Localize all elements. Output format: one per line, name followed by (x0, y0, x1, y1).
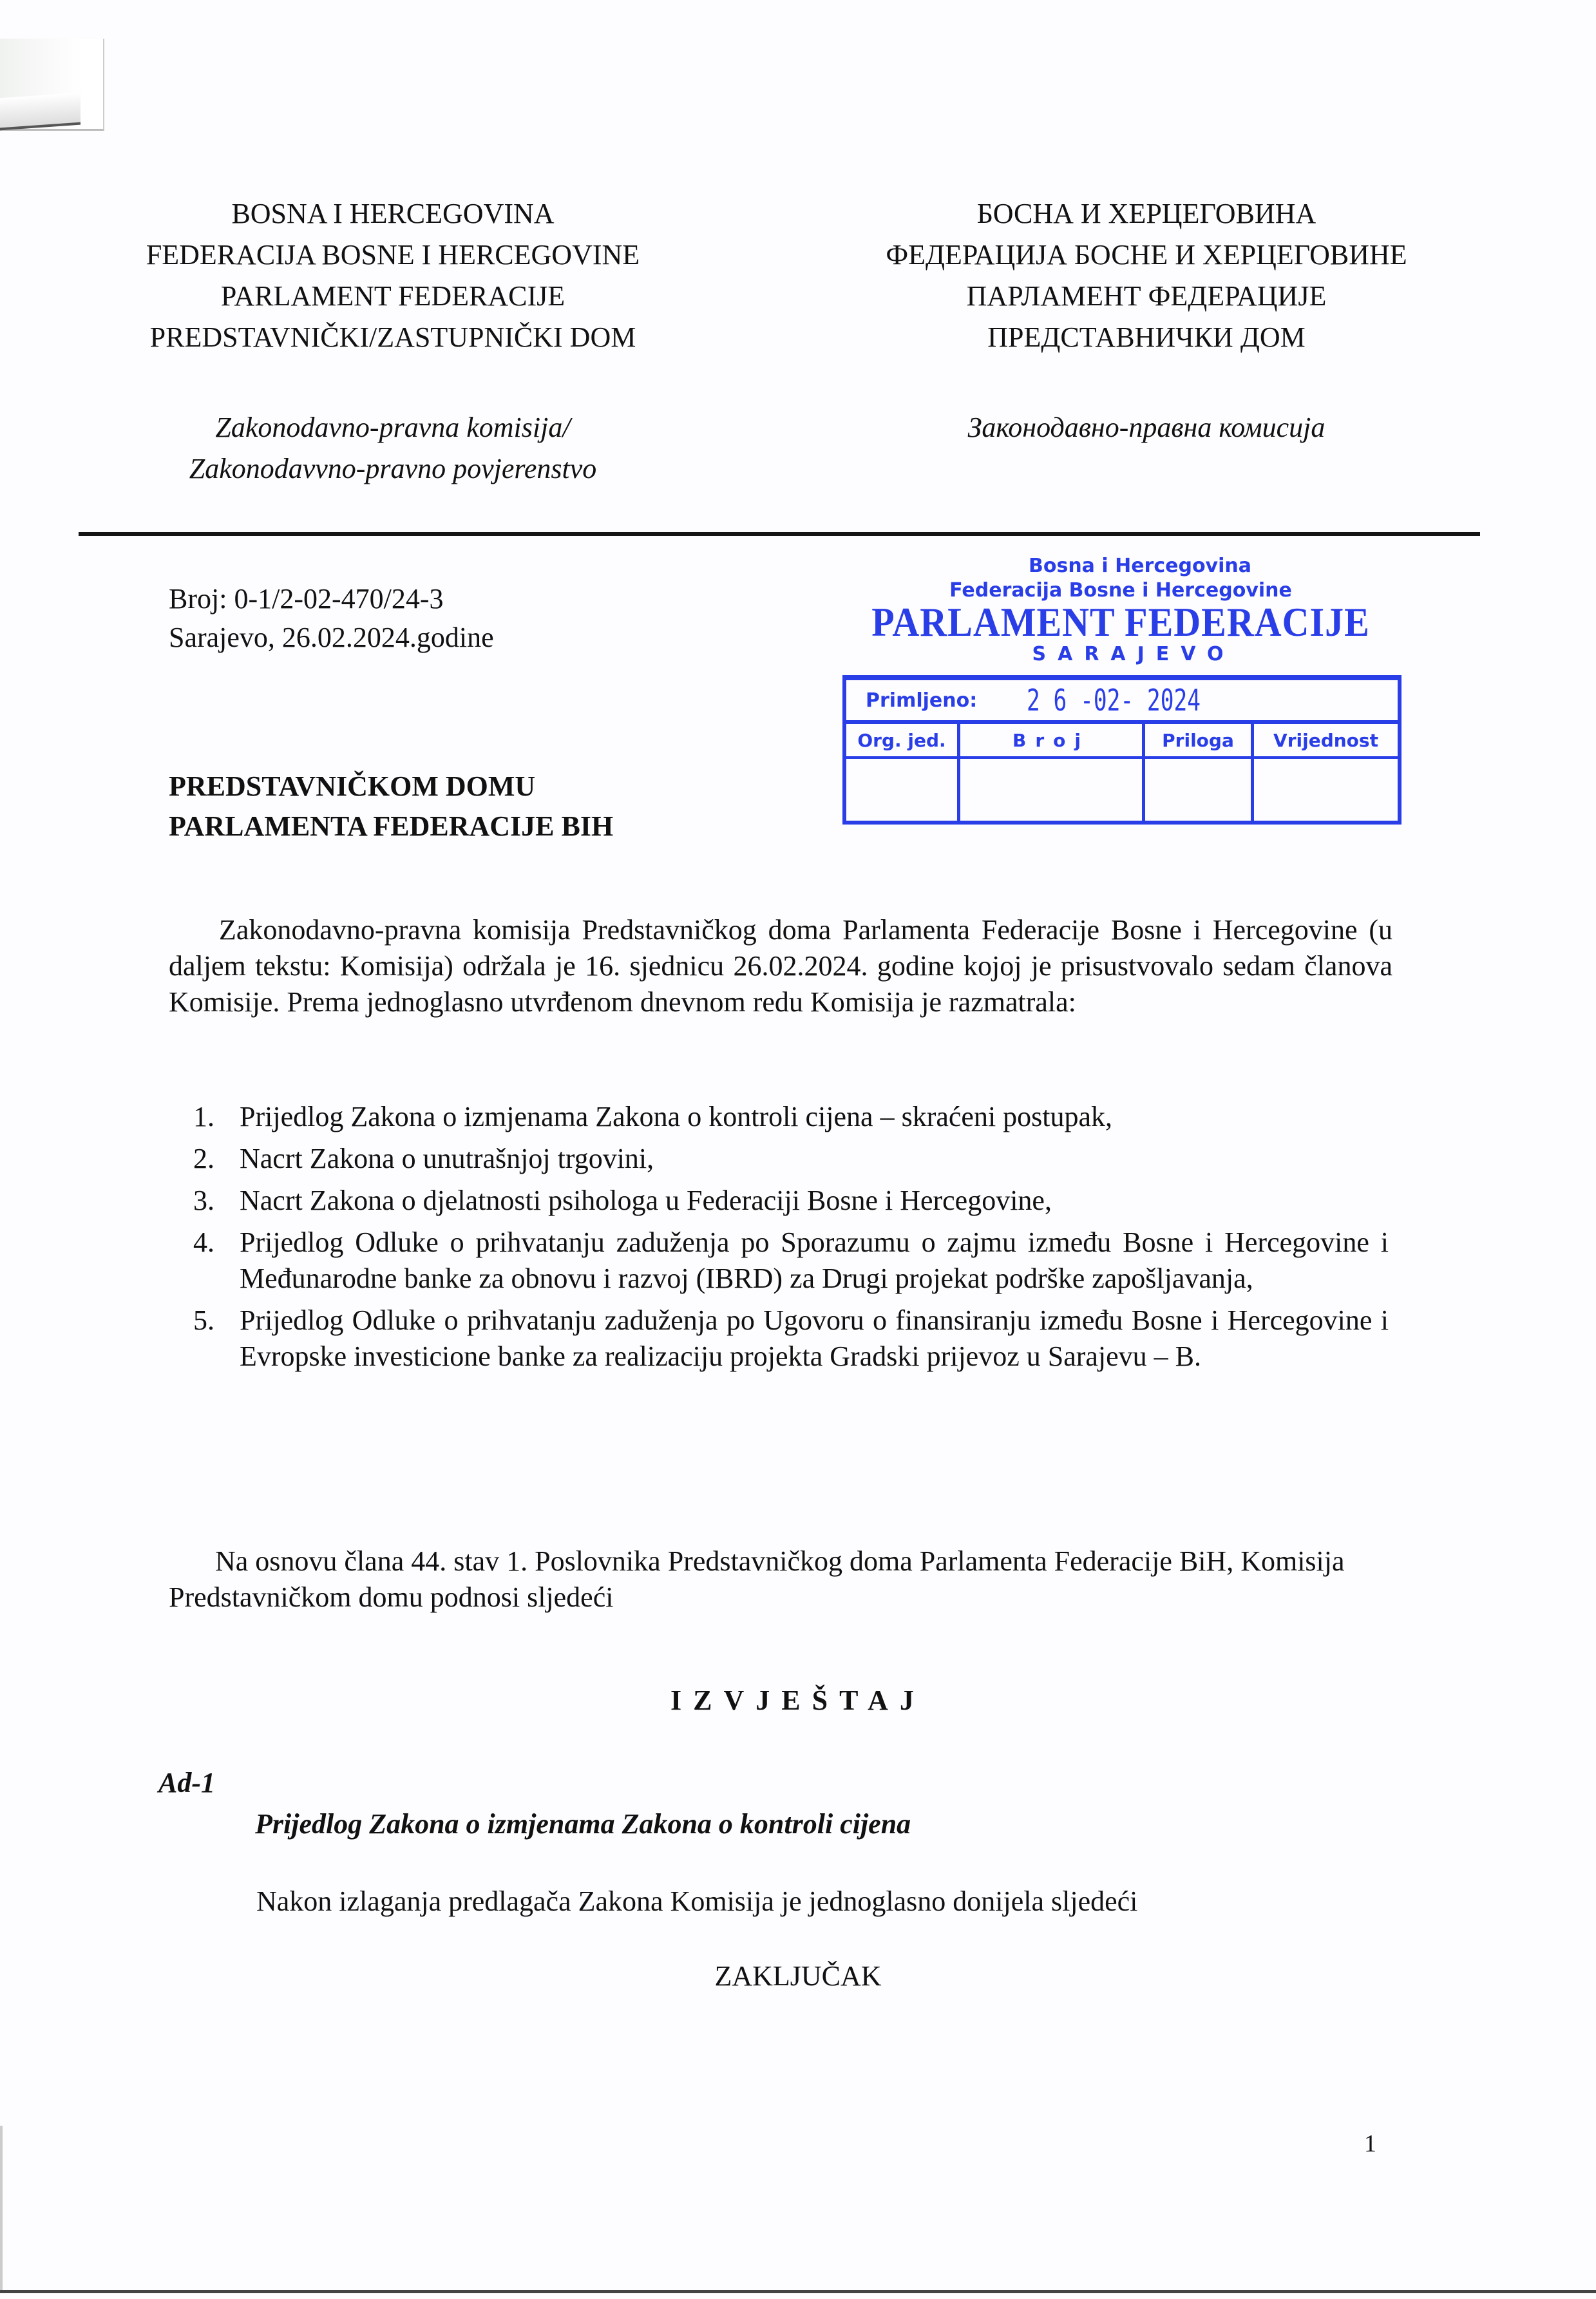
agenda-item: 5.Prijedlog Odluke o prihvatanju zadužen… (193, 1302, 1389, 1375)
header-line: ПРЕДСТАВНИЧКИ ДОМ (824, 317, 1468, 358)
conclusion-heading: ZAKLJUČAK (0, 1960, 1596, 1992)
intro-paragraph: Zakonodavno-pravna komisija Predstavničk… (169, 912, 1392, 1020)
scan-left-edge (0, 2126, 3, 2293)
scan-bottom-edge (0, 2290, 1596, 2293)
stamp-cell (846, 759, 960, 821)
committee-latin: Zakonodavno-pravna komisija/ Zakonodavvn… (97, 407, 689, 490)
header-divider (79, 532, 1480, 536)
reference-block: Broj: 0-1/2-02-470/24-3 Sarajevo, 26.02.… (169, 580, 494, 657)
committee-name-alt: Zakonodavvno-pravno povjerenstvo (97, 448, 689, 490)
scan-corner-fold-shadow (0, 93, 81, 131)
stamp-col-org: Org. jed. (846, 724, 960, 756)
stamp-col-attachments: Priloga (1145, 724, 1254, 756)
header-line: ПАРЛАМЕНТ ФЕДЕРАЦИЈЕ (824, 276, 1468, 317)
basis-paragraph: Na osnovu člana 44. stav 1. Poslovnika P… (169, 1543, 1392, 1616)
stamp-cell (960, 759, 1145, 821)
received-stamp: Bosna i Hercegovina Federacija Bosne i H… (837, 554, 1404, 825)
header-line: BOSNA I HERCEGOVINA (97, 193, 689, 234)
agenda-item: 1.Prijedlog Zakona o izmjenama Zakona o … (193, 1099, 1389, 1135)
agenda-item: 3.Nacrt Zakona o djelatnosti psihologa u… (193, 1183, 1389, 1219)
stamp-line3: PARLAMENT FEDERACIJE (837, 601, 1404, 644)
header-line: ФЕДЕРАЦИЈА БОСНЕ И ХЕРЦЕГОВИНЕ (824, 234, 1468, 276)
stamp-table: Primljeno: 2 6 -02- 2024 Org. jed. Broj … (842, 675, 1401, 825)
committee-cyrillic: Законодавно-правна комисија (824, 407, 1468, 448)
report-title: IZVJEŠTAJ (0, 1684, 1596, 1717)
committee-name: Zakonodavno-pravna komisija/ (97, 407, 689, 448)
header-line: FEDERACIJA BOSNE I HERCEGOVINE (97, 234, 689, 276)
stamp-received-date: 2 6 -02- 2024 (1027, 683, 1201, 718)
stamp-cell (1145, 759, 1254, 821)
document-number: Broj: 0-1/2-02-470/24-3 (169, 580, 494, 618)
stamp-line1: Bosna i Hercegovina (837, 554, 1404, 578)
header-line: БОСНА И ХЕРЦЕГОВИНА (824, 193, 1468, 234)
header-line: PREDSTAVNIČKI/ZASTUPNIČKI DOM (97, 317, 689, 358)
agenda-list: 1.Prijedlog Zakona o izmjenama Zakona o … (193, 1099, 1389, 1380)
header-line: PARLAMENT FEDERACIJE (97, 276, 689, 317)
header-cyrillic: БОСНА И ХЕРЦЕГОВИНА ФЕДЕРАЦИЈА БОСНЕ И Х… (824, 193, 1468, 358)
page-number: 1 (1364, 2130, 1376, 2158)
document-date: Sarajevo, 26.02.2024.godine (169, 618, 494, 657)
recipient-line: PREDSTAVNIČKOM DOMU (169, 767, 613, 806)
stamp-col-value: Vrijednost (1254, 724, 1398, 756)
header-latin: BOSNA I HERCEGOVINA FEDERACIJA BOSNE I H… (97, 193, 689, 358)
stamp-received-label: Primljeno: (866, 689, 1027, 712)
recipient-line: PARLAMENTA FEDERACIJE BIH (169, 806, 613, 846)
section-text: Nakon izlaganja predlagača Zakona Komisi… (256, 1885, 1137, 1918)
stamp-cell (1254, 759, 1398, 821)
stamp-city: SARAJEVO (837, 642, 1404, 667)
agenda-item: 2.Nacrt Zakona o unutrašnjoj trgovini, (193, 1141, 1389, 1177)
recipient-block: PREDSTAVNIČKOM DOMU PARLAMENTA FEDERACIJ… (169, 767, 613, 846)
section-title: Prijedlog Zakona o izmjenama Zakona o ko… (255, 1808, 911, 1840)
stamp-col-number: Broj (960, 724, 1145, 756)
agenda-item: 4.Prijedlog Odluke o prihvatanju zadužen… (193, 1225, 1389, 1297)
section-label: Ad-1 (158, 1766, 215, 1799)
